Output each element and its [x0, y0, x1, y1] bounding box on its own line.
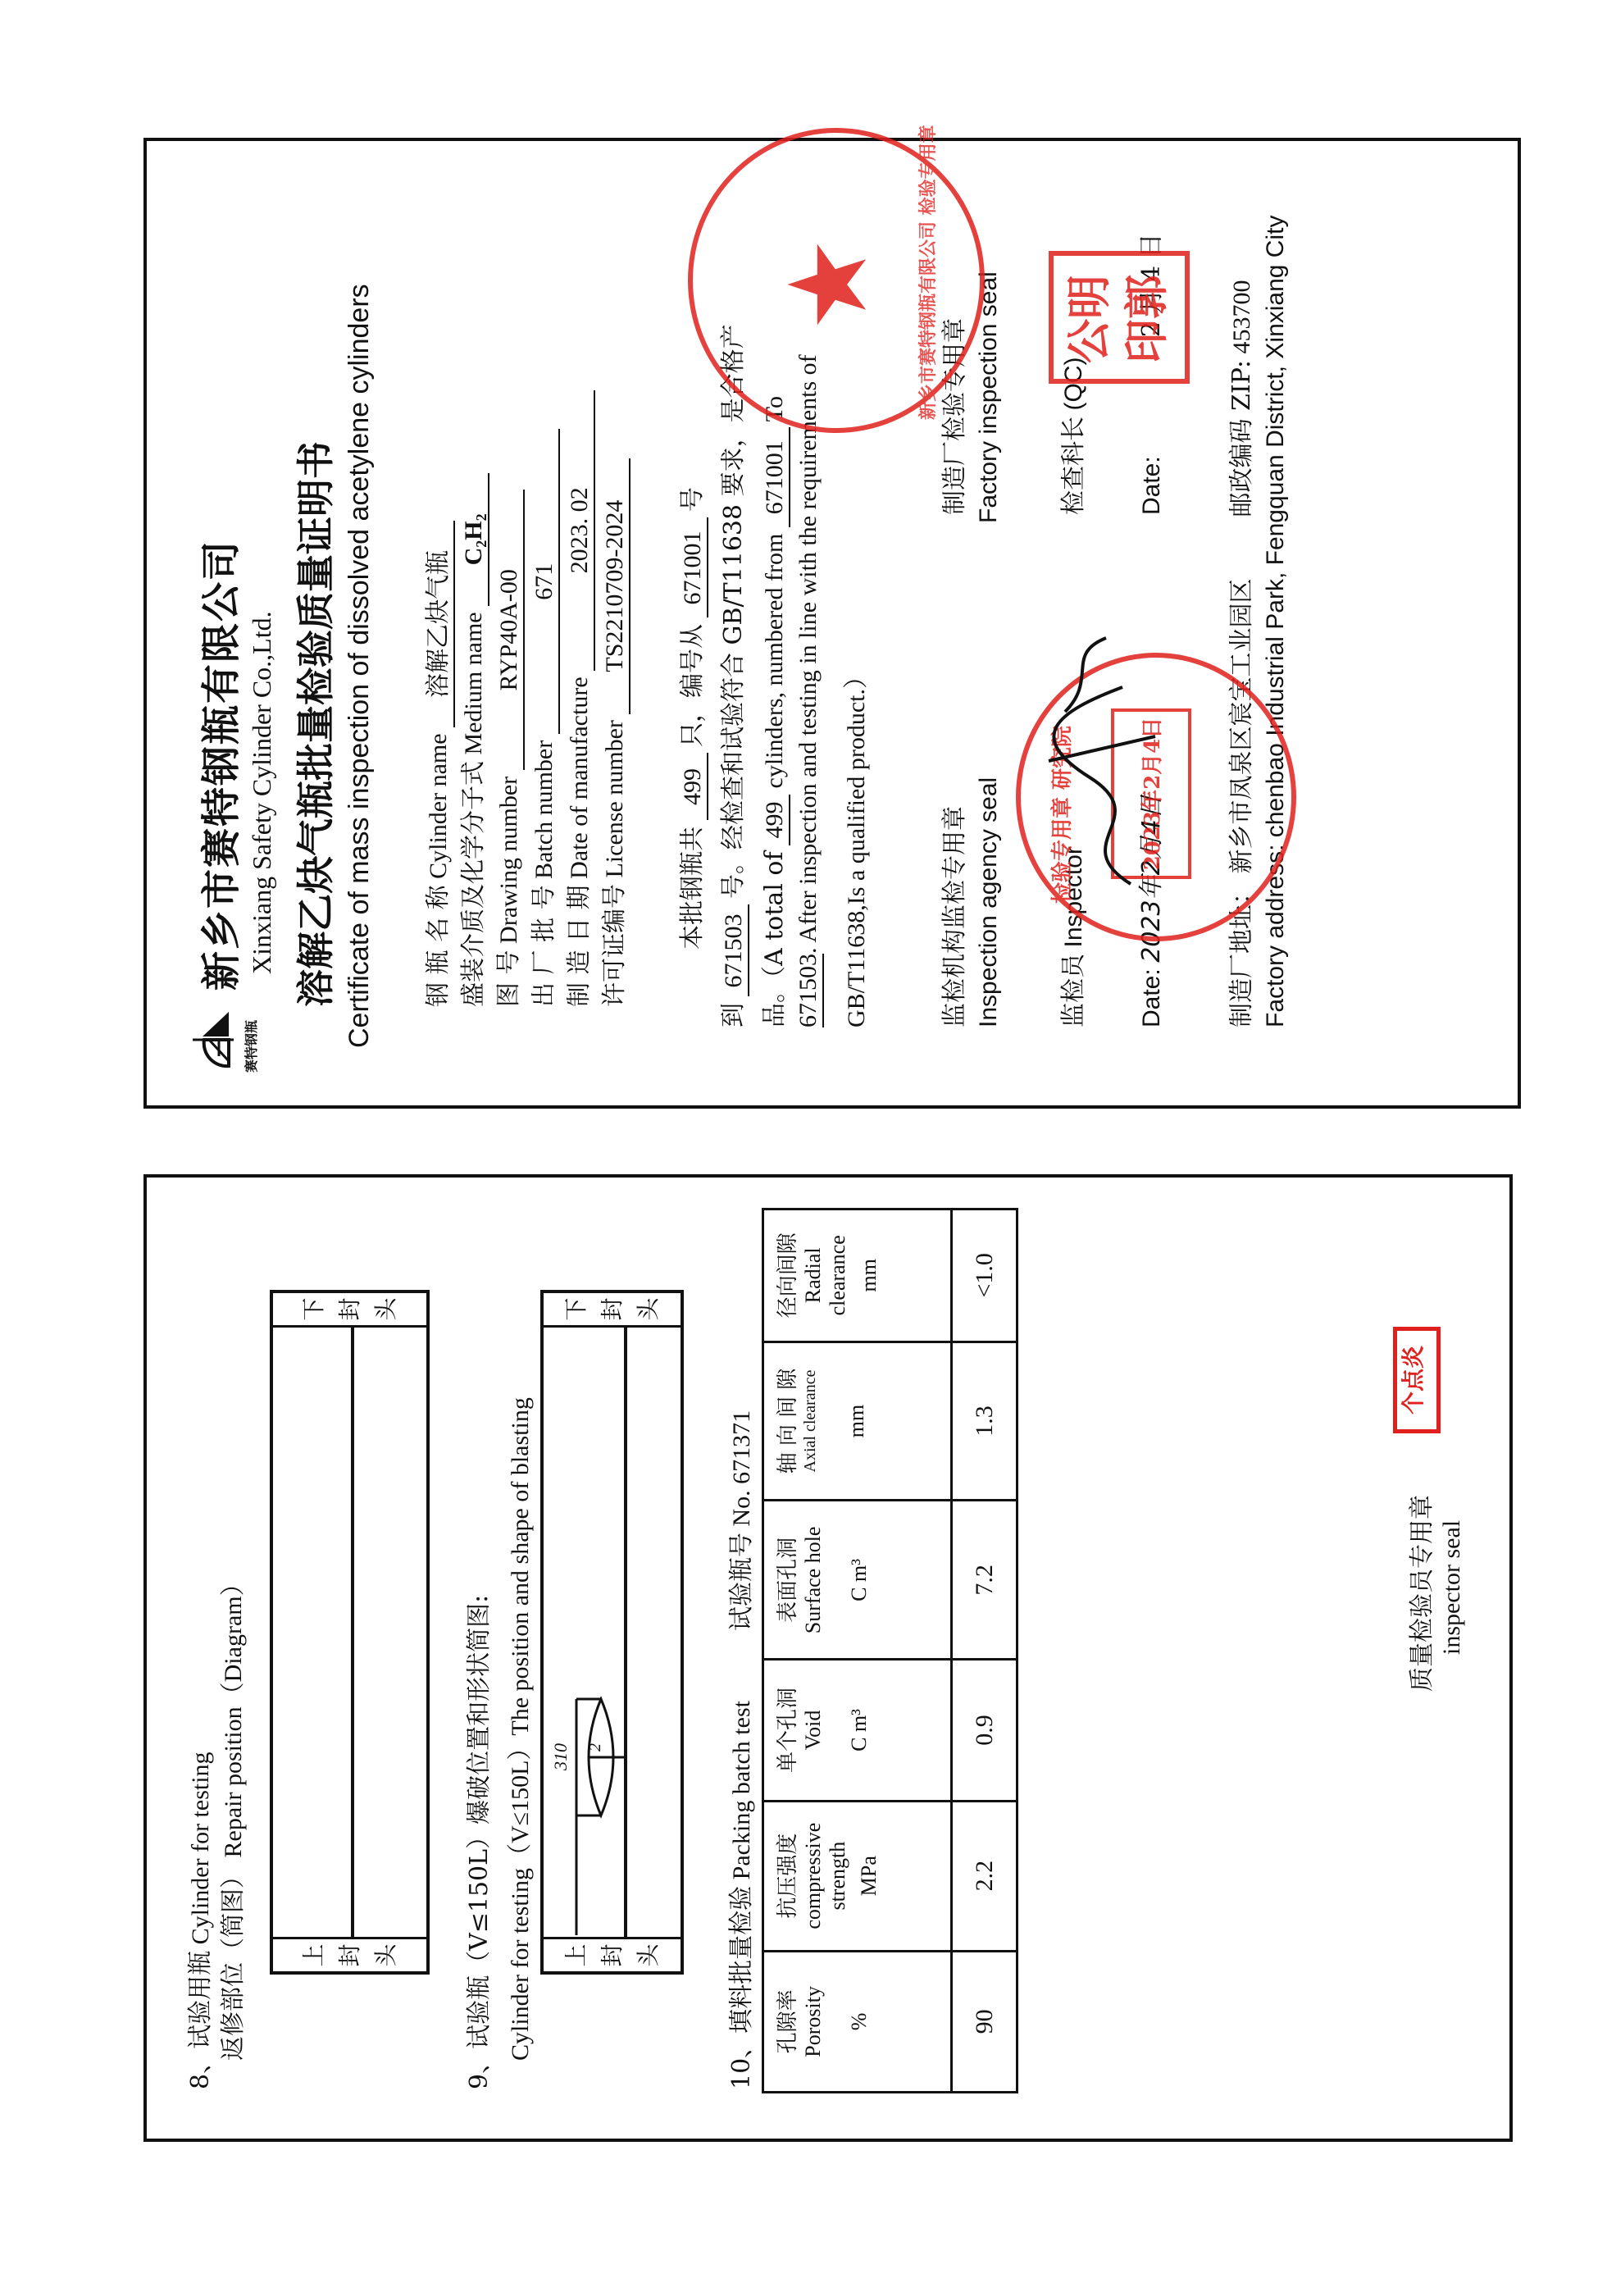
- company-logo: 赛特钢瓶: [188, 1007, 262, 1073]
- statement-line-1: 本批钢瓶共 499 只，编号从 671001 号: [671, 487, 708, 950]
- field-drawing-number: 图 号 Drawing number RYP40A-00: [488, 490, 525, 1007]
- certificate-title-cn: 溶解乙炔气瓶批量检验质量证明书: [286, 441, 340, 1007]
- blast-position-diagram: 上 封 头 下 封 头 310 2: [540, 1290, 684, 1975]
- field-license-number: 许可证编号 License number TS2210709-2024: [594, 458, 631, 1007]
- company-name-en: Xinxiang Safety Cylinder Co.,Ltd.: [247, 611, 277, 974]
- table-header-void: 单个孔洞 Void C m³: [763, 1660, 952, 1801]
- logo-icon: [188, 1007, 237, 1073]
- statement-line-4: 671503. After inspection and testing in …: [794, 354, 824, 1027]
- top-head-section: 上 封 头: [273, 1937, 426, 1971]
- logo-caption: 赛特钢瓶: [241, 1007, 260, 1073]
- license-number-value: TS2210709-2024: [601, 458, 631, 714]
- value-porosity: 90: [952, 1951, 1017, 2092]
- table-header-surface-hole: 表面孔洞 Surface hole C m³: [763, 1501, 952, 1660]
- item8-heading: 8、试验用瓶 Cylinder for testing: [180, 1752, 216, 2089]
- centerline: [351, 1328, 354, 1937]
- blast-width-annotation: 2: [586, 1743, 605, 1752]
- table-header-radial-clearance: 径向间隙 Radial clearance mm: [763, 1209, 952, 1342]
- medium-name-value: C₂H₂: [460, 473, 489, 606]
- field-cylinder-name: 钢 瓶 名 称 Cylinder name 溶解乙炔气瓶: [417, 521, 455, 1007]
- company-name-cn: 新乡市赛特钢瓶有限公司: [189, 540, 246, 991]
- value-void: 0.9: [952, 1660, 1017, 1801]
- certificate-title-en: Certificate of mass inspection of dissol…: [344, 284, 376, 1048]
- statement-line-2: 到 671503 号。经检查和试验符合 GB/T11638 要求，是合格产: [712, 324, 749, 1027]
- inspector-personal-stamp: 个点炎: [1393, 1327, 1441, 1433]
- item8-subheading: 返修部位（简图） Repair position（Diagram）: [212, 1571, 248, 2061]
- factory-round-stamp: 新乡市赛特钢瓶有限公司 检验专用章: [688, 128, 985, 433]
- item9-heading-en: Cylinder for testing（V≤150L）The position…: [499, 1397, 535, 2061]
- bottom-head-section: 下 封 头: [273, 1293, 426, 1328]
- item10-heading: 10、填料批量检验 Packing batch test 试验瓶号 No. 67…: [721, 1410, 757, 2089]
- statement-line-3: 品。（A total of 499 cylinders, numbered fr…: [753, 396, 790, 1027]
- field-medium-name: 盛装介质及化学分子式 Medium name C₂H₂: [453, 473, 489, 1007]
- inspector-seal-label-cn: 质量检验员专用章: [1401, 1495, 1437, 1692]
- qc-square-stamp: 公明印郭: [1049, 251, 1190, 384]
- inspector-signature-icon: [1032, 630, 1163, 892]
- certificate-panel: 赛特钢瓶 新乡市赛特钢瓶有限公司 Xinxiang Safety Cylinde…: [143, 138, 1521, 1109]
- blast-length-annotation: 310: [550, 1743, 571, 1770]
- test-sheet-panel: 8、试验用瓶 Cylinder for testing 返修部位（简图） Rep…: [143, 1174, 1513, 2142]
- star-icon: [783, 239, 873, 330]
- cylinder-name-value: 溶解乙炔气瓶: [417, 521, 455, 727]
- table-header-axial-clearance: 轴 向 间 隙 Axial clearance mm: [763, 1342, 952, 1501]
- value-axial-clearance: 1.3: [952, 1342, 1017, 1501]
- table-header-row: 孔隙率 Porosity % 抗压强度 compressive strength…: [763, 1209, 952, 2093]
- batch-number-value: 671: [530, 429, 560, 734]
- drawing-number-value: RYP40A-00: [495, 490, 525, 770]
- agency-seal-label-en: Inspection agency seal: [975, 777, 1003, 1027]
- value-surface-hole: 7.2: [952, 1501, 1017, 1660]
- item9-heading-cn: 9、试验瓶（V≤150L）爆破位置和形状简图:: [458, 1595, 494, 2089]
- date-of-manufacture-value: 2023. 02: [566, 390, 595, 671]
- table-header-porosity: 孔隙率 Porosity %: [763, 1951, 952, 2092]
- inspector-seal-label-en: inspector seal: [1438, 1520, 1466, 1655]
- agency-seal-label-cn: 监检机构监检专用章: [934, 806, 970, 1027]
- value-compressive-strength: 2.2: [952, 1801, 1017, 1951]
- field-batch-number: 出 厂 批 号 Batch number 671: [523, 429, 560, 1007]
- repair-position-diagram: 上 封 头 下 封 头: [270, 1290, 430, 1975]
- packing-batch-table: 孔隙率 Porosity % 抗压强度 compressive strength…: [762, 1208, 1018, 2093]
- blast-rupture-sketch-icon: [544, 1287, 687, 1971]
- factory-address-en: Factory address: chenbao Industrial Park…: [1262, 216, 1290, 1027]
- table-header-compressive-strength: 抗压强度 compressive strength MPa: [763, 1801, 952, 1951]
- value-radial-clearance: <1.0: [952, 1209, 1017, 1342]
- statement-line-5: GB/T11638,Is a qualified product.）: [835, 664, 872, 1027]
- table-row: 90 2.2 0.9 7.2 1.3 <1.0: [952, 1209, 1017, 2093]
- field-date-of-manufacture: 制 造 日 期 Date of manufacture 2023. 02: [558, 390, 595, 1007]
